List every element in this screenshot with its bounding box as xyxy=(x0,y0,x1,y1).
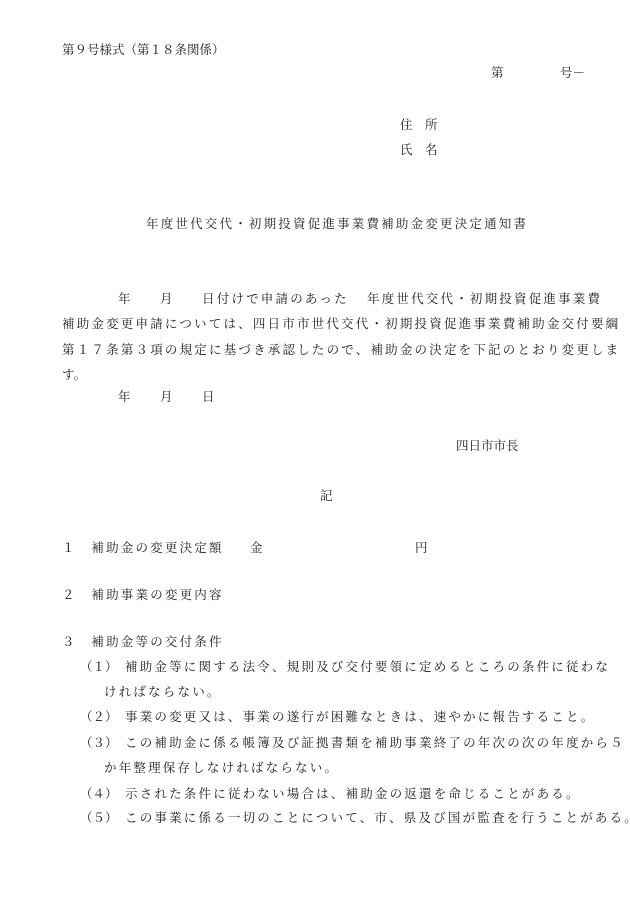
issuer-mayor: 四日市市長 xyxy=(456,440,519,453)
doc-number-prefix: 第 xyxy=(491,67,504,80)
notice-date-year: 年 xyxy=(118,391,131,404)
condition-5-line1: この事業に係る一切のことについて、市、県及び国が監査を行うことがある。 xyxy=(125,812,630,825)
address-label: 住 所 xyxy=(400,119,438,132)
document-title: 年度世代交代・初期投資促進事業費補助金変更決定通知書 xyxy=(146,218,528,231)
condition-4-line1: 示された条件に従わない場合は、補助金の返還を命じることがある。 xyxy=(125,788,581,801)
condition-1-number: （１） xyxy=(80,661,118,674)
item-1-amount-suffix: 円 xyxy=(415,542,428,555)
item-1-amount-prefix: 金 xyxy=(250,542,263,555)
body-line1-end: 年度世代交代・初期投資促進事業費 xyxy=(367,293,602,306)
body-application-month: 月 xyxy=(160,293,173,306)
ki-heading: 記 xyxy=(320,490,333,503)
item-2-label: ２ 補助事業の変更内容 xyxy=(62,589,224,602)
body-line3: 第１７条第３項の規定に基づき承認したので、補助金の決定を下記のとおり変更しま xyxy=(62,344,620,357)
condition-1-line2: ければならない。 xyxy=(104,686,222,699)
body-line1-text: 日付けで申請のあった xyxy=(202,293,349,306)
condition-2-line1: 事業の変更又は、事業の遂行が困難なときは、速やかに報告すること。 xyxy=(125,711,595,724)
condition-2-number: （２） xyxy=(80,711,118,724)
body-line2: 補助金変更申請については、四日市市世代交代・初期投資促進事業費補助金交付要綱 xyxy=(62,318,620,331)
doc-number-suffix: 号－ xyxy=(560,67,585,80)
condition-1-line1: 補助金等に関する法令、規則及び交付要領に定めるところの条件に従わな xyxy=(125,661,610,674)
body-application-year: 年 xyxy=(118,293,131,306)
item-3-label: ３ 補助金等の交付条件 xyxy=(62,636,224,649)
condition-3-line2: か年整理保存しなければならない。 xyxy=(104,762,339,775)
notice-date-month: 月 xyxy=(160,391,173,404)
condition-3-number: （３） xyxy=(80,737,118,750)
condition-3-line1: この補助金に係る帳簿及び証拠書類を補助事業終了の年次の次の年度から５ xyxy=(125,737,625,750)
item-1-label: １ 補助金の変更決定額 xyxy=(62,542,224,555)
name-label: 氏 名 xyxy=(400,144,438,157)
body-line4: す。 xyxy=(62,369,86,382)
form-number: 第９号様式（第１８条関係） xyxy=(62,44,225,57)
notice-date-day: 日 xyxy=(202,391,215,404)
condition-5-number: （５） xyxy=(80,812,118,825)
condition-4-number: （４） xyxy=(80,788,118,801)
